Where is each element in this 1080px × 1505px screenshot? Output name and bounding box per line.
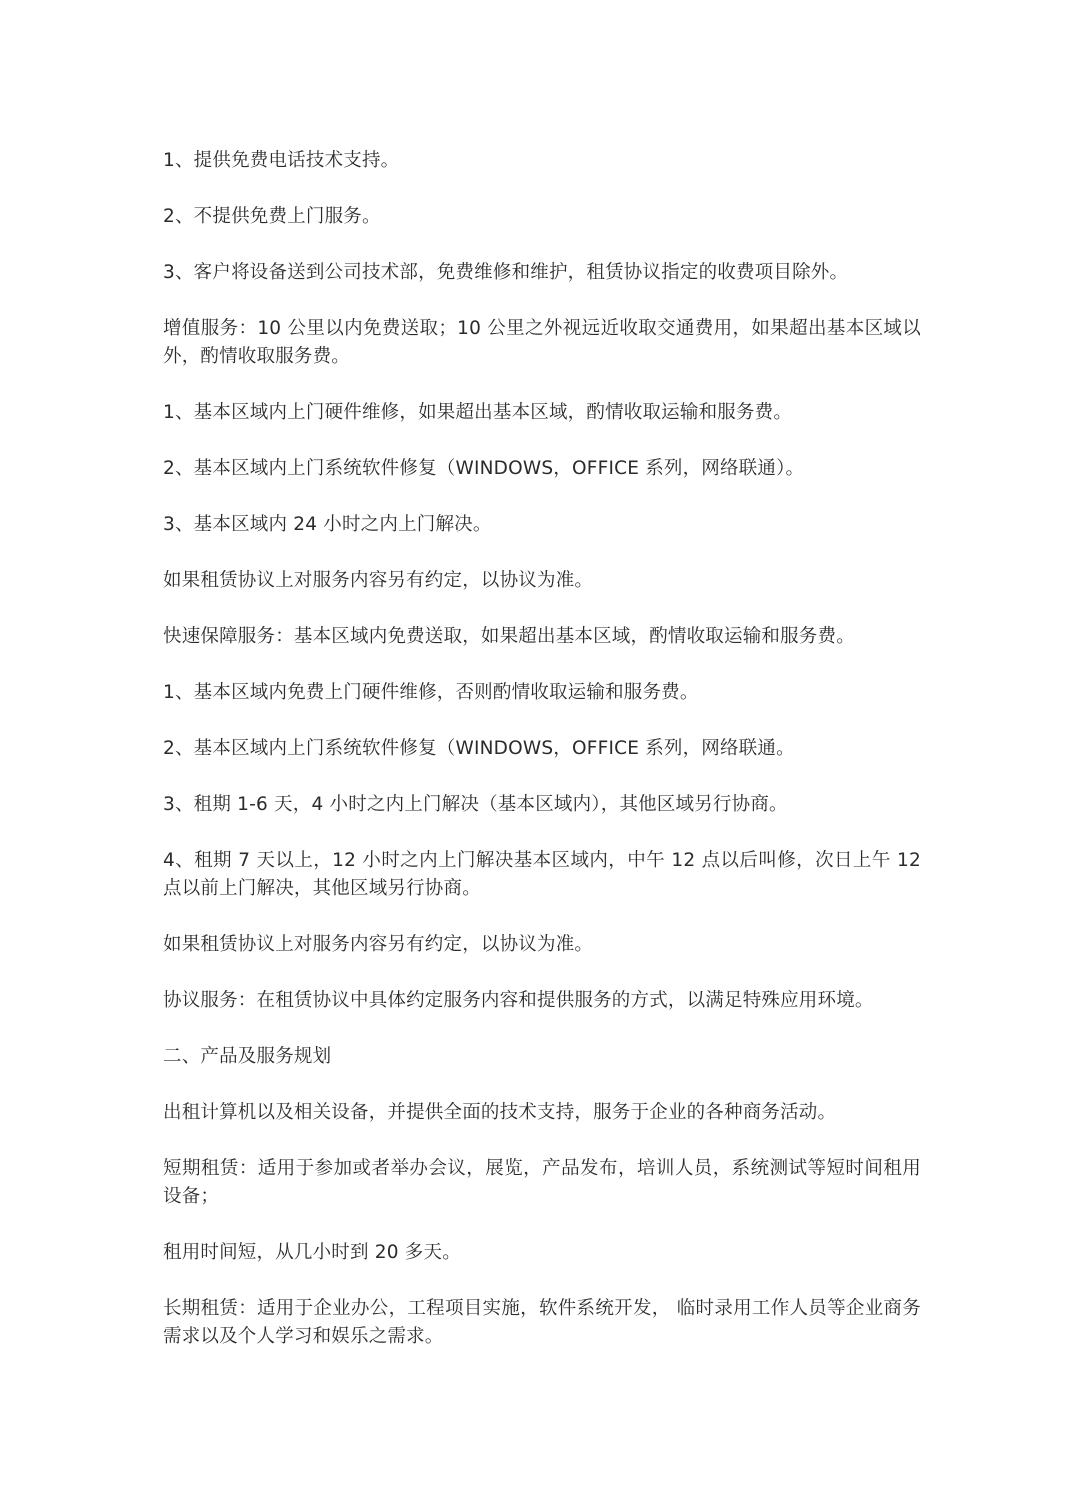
list-item-no-free-onsite: 2、不提供免费上门服务。 (163, 203, 921, 231)
document-body: 1、提供免费电话技术支持。 2、不提供免费上门服务。 3、客户将设备送到公司技术… (163, 147, 921, 1379)
short-term-duration: 租用时间短，从几小时到 20 多天。 (163, 1239, 921, 1267)
list-item-24h-response: 3、基本区域内 24 小时之内上门解决。 (163, 511, 921, 539)
section-heading-product-planning: 二、产品及服务规划 (163, 1043, 921, 1071)
list-item-onsite-hardware-repair: 1、基本区域内上门硬件维修，如果超出基本区域，酌情收取运输和服务费。 (163, 399, 921, 427)
long-term-rental: 长期租赁：适用于企业办公，工程项目实施，软件系统开发， 临时录用工作人员等企业商… (163, 1295, 921, 1351)
list-item-free-phone-support: 1、提供免费电话技术支持。 (163, 147, 921, 175)
section-agreement-service: 协议服务：在租赁协议中具体约定服务内容和提供服务的方式，以满足特殊应用环境。 (163, 987, 921, 1015)
agreement-note: 如果租赁协议上对服务内容另有约定，以协议为准。 (163, 567, 921, 595)
short-term-rental: 短期租赁：适用于参加或者举办会议，展览，产品发布，培训人员，系统测试等短时间租用… (163, 1155, 921, 1211)
list-item-long-term-response: 4、租期 7 天以上，12 小时之内上门解决基本区域内，中午 12 点以后叫修，… (163, 847, 921, 903)
section-value-added-service: 增值服务：10 公里以内免费送取；10 公里之外视远近收取交通费用，如果超出基本… (163, 315, 921, 371)
list-item-onsite-software-repair-2: 2、基本区域内上门系统软件修复（WINDOWS，OFFICE 系列，网络联通。 (163, 735, 921, 763)
list-item-customer-sends-device: 3、客户将设备送到公司技术部，免费维修和维护，租赁协议指定的收费项目除外。 (163, 259, 921, 287)
list-item-onsite-software-repair: 2、基本区域内上门系统软件修复（WINDOWS，OFFICE 系列，网络联通）。 (163, 455, 921, 483)
product-overview: 出租计算机以及相关设备，并提供全面的技术支持，服务于企业的各种商务活动。 (163, 1099, 921, 1127)
list-item-short-term-response: 3、租期 1-6 天，4 小时之内上门解决（基本区域内），其他区域另行协商。 (163, 791, 921, 819)
list-item-free-onsite-hardware: 1、基本区域内免费上门硬件维修，否则酌情收取运输和服务费。 (163, 679, 921, 707)
section-fast-support-service: 快速保障服务：基本区域内免费送取，如果超出基本区域，酌情收取运输和服务费。 (163, 623, 921, 651)
agreement-note-2: 如果租赁协议上对服务内容另有约定，以协议为准。 (163, 931, 921, 959)
